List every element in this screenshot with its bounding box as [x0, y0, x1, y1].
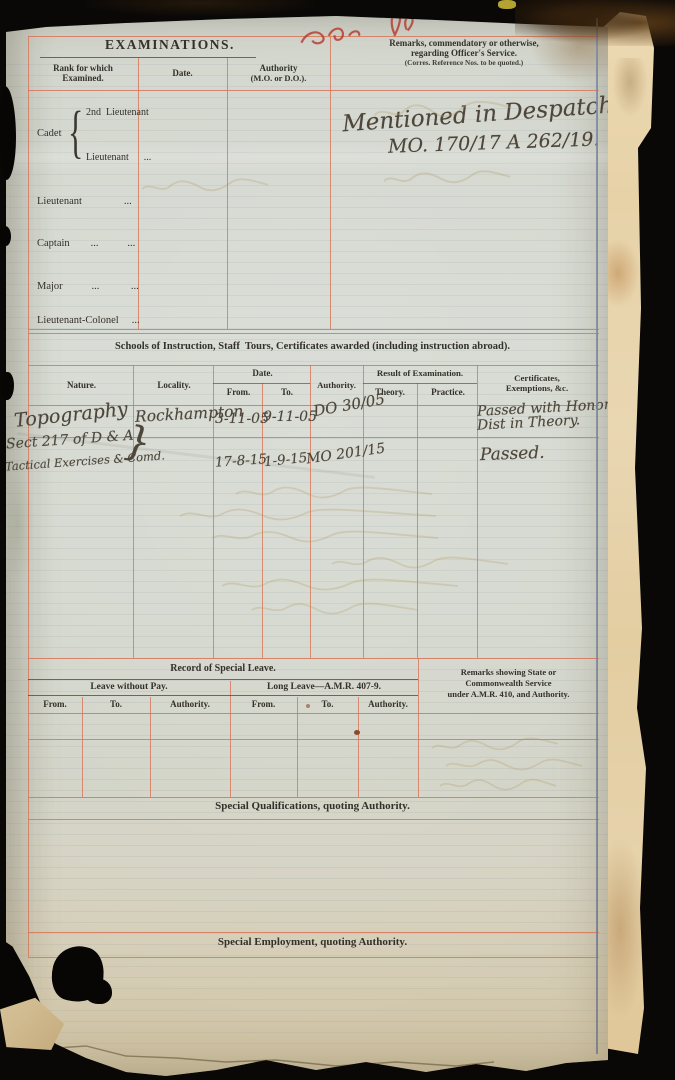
form-print-code: B.132/131.—41.1.01.—208. [28, 10, 110, 17]
rank-cadet-2nd-lieutenant: 2nd Lieutenant [86, 108, 149, 119]
col-nature: Nature. [30, 381, 133, 390]
margin-blue-line [596, 18, 598, 1054]
leave-col-authority-1: Authority. [150, 700, 230, 709]
grid-line-v [82, 697, 83, 797]
ghost-writing [438, 776, 558, 794]
remarks-header-line2: regarding Officer's Service. [335, 49, 593, 58]
rank-lieutenant: Lieutenant ... [37, 196, 132, 207]
grid-line-h [28, 819, 599, 820]
leave-col-authority-2: Authority. [358, 700, 418, 709]
schools-title: Schools of Instruction, Staff Tours, Cer… [28, 341, 597, 352]
special-employment-heading: Special Employment, quoting Authority. [28, 937, 597, 949]
cadet-brace: { [68, 102, 83, 163]
remarks-header-line3: (Corres. Reference Nos. to be quoted.) [335, 59, 593, 67]
document-page: B.132/131.—41.1.01.—208. EXAMINATIONS. R… [0, 0, 675, 1080]
col-date-span: Date. [215, 369, 310, 378]
date-span-underline [213, 383, 310, 384]
stain [85, 0, 315, 16]
rank-cadet-lieutenant: Lieutenant ... [86, 153, 151, 164]
col-certificates-line1: Certificates, [479, 374, 595, 383]
grid-line-h [28, 932, 599, 933]
col-result-span: Result of Examination. [363, 369, 477, 378]
grid-line-h [28, 713, 599, 714]
grid-line-v [230, 681, 231, 797]
entry-from-1: 3-11-05 [215, 412, 269, 426]
leave-remarks-line1: Remarks showing State or [420, 668, 597, 677]
leave-group-without-pay: Leave without Pay. [28, 683, 230, 693]
leave-col-from-2: From. [230, 700, 297, 709]
rank-captain: Captain ... ... [37, 238, 135, 249]
ghost-writing [234, 484, 434, 502]
ghost-writing [210, 528, 440, 546]
rank-lieutenant-colonel: Lieutenant-Colonel ... [37, 315, 140, 326]
entry-certificate-2: Passed. [480, 445, 545, 464]
grid-line-h [28, 365, 599, 366]
leave-title: Record of Special Leave. [28, 664, 418, 675]
rank-major: Major ... ... [37, 281, 139, 292]
col-practice: Practice. [419, 388, 477, 397]
ghost-writing [178, 506, 438, 524]
grid-line-h [28, 797, 599, 798]
entry-to-1: 9-11-05 [263, 410, 317, 424]
col-from-1: From. [215, 388, 262, 397]
leave-title-underline [28, 679, 418, 680]
ghost-writing [250, 600, 420, 618]
col-locality: Locality. [135, 381, 213, 390]
grid-line-h [28, 957, 599, 958]
leave-remarks-line2: Commonwealth Service [420, 679, 597, 688]
torn-hole [84, 978, 112, 1004]
grid-line-h [28, 90, 599, 91]
grid-line-h [28, 329, 599, 330]
yellow-speck [498, 0, 516, 9]
title-underline [40, 57, 256, 58]
col-date: Date. [140, 69, 225, 78]
torn-hole [0, 226, 11, 246]
examinations-title: EXAMINATIONS. [60, 38, 280, 52]
col-authority-schools: Authority. [310, 381, 363, 390]
grid-line-h [28, 333, 599, 334]
col-authority-line2: (M.O. or D.O.). [229, 74, 328, 83]
grid-line-v [28, 36, 29, 957]
ghost-writing [444, 756, 584, 774]
result-span-underline [363, 383, 477, 384]
leave-col-to-1: To. [82, 700, 150, 709]
form-paper: B.132/131.—41.1.01.—208. EXAMINATIONS. R… [6, 14, 608, 1076]
grid-line-v [358, 697, 359, 797]
leave-remarks-line3: under A.M.R. 410, and Authority. [420, 690, 597, 699]
ghost-writing [220, 576, 460, 594]
rank-cadet: Cadet [37, 128, 62, 139]
ghost-writing [330, 554, 510, 572]
grid-line-v [150, 697, 151, 797]
leave-group-underline [28, 695, 418, 696]
grid-line-v [330, 36, 331, 329]
col-rank-line2: Examined. [30, 74, 136, 83]
leave-col-to-2: To. [297, 700, 358, 709]
leave-col-from-1: From. [28, 700, 82, 709]
grid-line-h [28, 658, 599, 659]
col-certificates-line2: Exemptions, &c. [479, 384, 595, 393]
grid-line-v [297, 697, 298, 797]
stain [612, 58, 648, 118]
col-to-1: To. [264, 388, 310, 397]
leave-group-long-leave: Long Leave—A.M.R. 407-9. [230, 683, 418, 693]
grid-line-v [418, 658, 419, 797]
special-qualifications-heading: Special Qualifications, quoting Authorit… [28, 801, 597, 813]
